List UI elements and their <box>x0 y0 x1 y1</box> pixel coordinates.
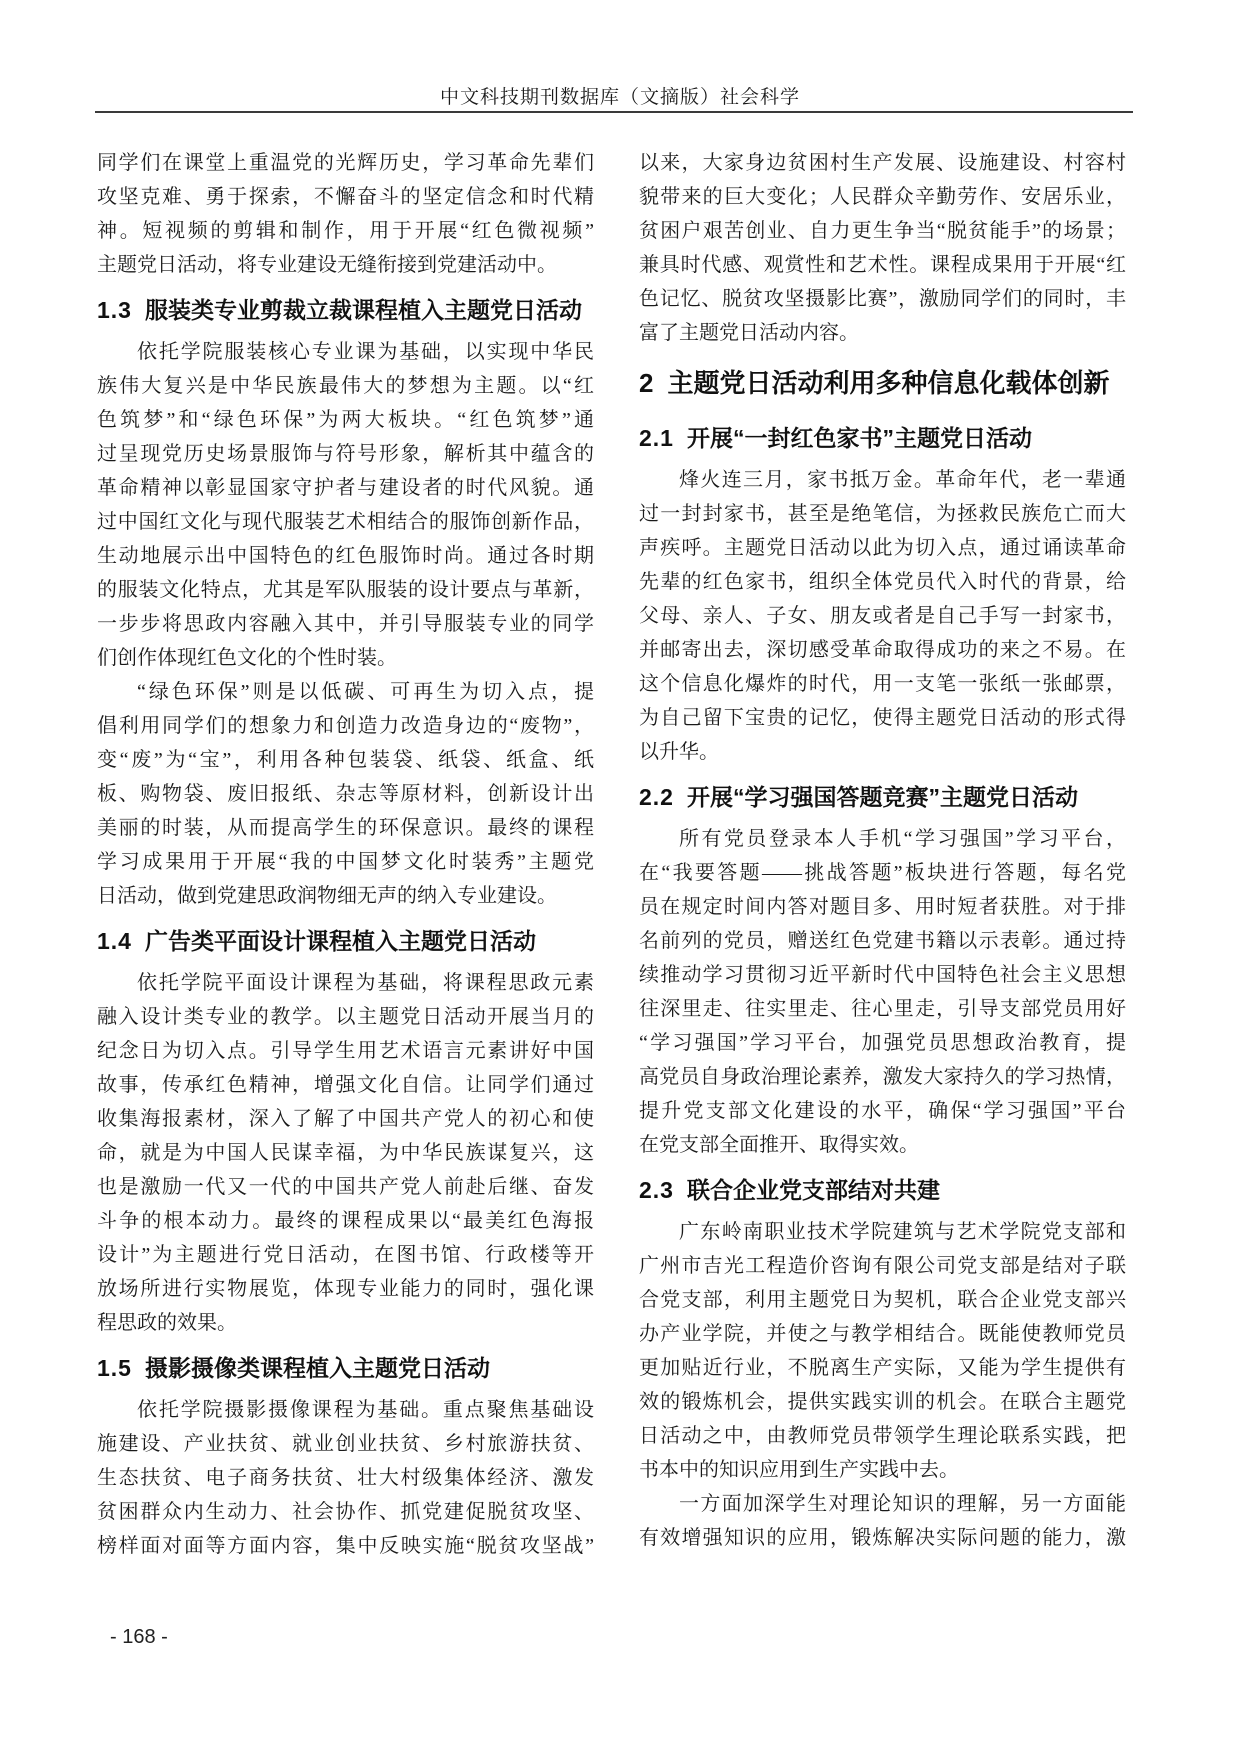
section-heading-1.3: 1.3服装类专业剪裁立裁课程植入主题党日活动 <box>97 287 594 333</box>
right-text-column: 以来，大家身边贫困村生产发展、设施建设、村容村貌带来的巨大变化；人民群众辛勤劳作… <box>639 146 1126 1563</box>
paragraph: “绿色环保”则是以低碳、可再生为切入点，提倡利用同学们的想象力和创造力改造身边的… <box>97 675 594 913</box>
heading-text: 摄影摄像类课程植入主题党日活动 <box>145 1355 490 1381</box>
text-line: 烽火连三月，家书抵万金。革命年代，老一辈通 <box>639 463 1126 497</box>
text-line: 一步步将思政内容融入其中，并引导服装专业的同学 <box>97 607 594 641</box>
text-line: 融入设计类专业的教学。以主题党日活动开展当月的 <box>97 1000 594 1034</box>
left-text-column: 同学们在课堂上重温党的光辉历史，学习革命先辈们攻坚克难、勇于探索，不懈奋斗的坚定… <box>97 146 594 1563</box>
text-line: 广东岭南职业技术学院建筑与艺术学院党支部和 <box>639 1215 1126 1249</box>
text-line: 生态扶贫、电子商务扶贫、壮大村级集体经济、激发 <box>97 1461 594 1495</box>
text-line: 更加贴近行业，不脱离生产实际，又能为学生提供有 <box>639 1351 1126 1385</box>
text-line: 纪念日为切入点。引导学生用艺术语言元素讲好中国 <box>97 1034 594 1068</box>
heading-text: 联合企业党支部结对共建 <box>687 1177 940 1203</box>
text-line: 以升华。 <box>639 735 1126 769</box>
text-line: 过呈现党历史场景服饰与符号形象，解析其中蕴含的 <box>97 437 594 471</box>
text-line: 斗争的根本动力。最终的课程成果以“最美红色海报 <box>97 1204 594 1238</box>
text-line: 学习成果用于开展“我的中国梦文化时装秀”主题党 <box>97 845 594 879</box>
heading-text: 主题党日活动利用多种信息化载体创新 <box>667 368 1109 398</box>
paragraph: 一方面加深学生对理论知识的理解，另一方面能有效增强知识的应用，锻炼解决实际问题的… <box>639 1487 1126 1555</box>
text-line: 依托学院摄影摄像课程为基础。重点聚焦基础设 <box>97 1393 594 1427</box>
text-line: 先辈的红色家书，组织全体党员代入时代的背景，给 <box>639 565 1126 599</box>
heading-text: 服装类专业剪裁立裁课程植入主题党日活动 <box>145 297 582 323</box>
text-line: 主题党日活动，将专业建设无缝衔接到党建活动中。 <box>97 248 594 282</box>
heading-number: 1.3 <box>97 297 132 323</box>
text-line: 合党支部，利用主题党日为契机，联合企业党支部兴 <box>639 1283 1126 1317</box>
text-line: “学习强国”学习平台，加强党员思想政治教育，提 <box>639 1026 1126 1060</box>
text-line: 所有党员登录本人手机“学习强国”学习平台， <box>639 822 1126 856</box>
text-line: 革命精神以彰显国家守护者与建设者的时代风貌。通 <box>97 471 594 505</box>
section-heading-2.1: 2.1开展“一封红色家书”主题党日活动 <box>639 415 1126 461</box>
text-line: 的服装文化特点，尤其是军队服装的设计要点与革新， <box>97 573 594 607</box>
content-columns: 同学们在课堂上重温党的光辉历史，学习革命先辈们攻坚克难、勇于探索，不懈奋斗的坚定… <box>97 146 1126 1563</box>
page-number: - 168 - <box>110 1626 168 1648</box>
text-line: 广州市吉光工程造价咨询有限公司党支部是结对子联 <box>639 1249 1126 1283</box>
paragraph: 烽火连三月，家书抵万金。革命年代，老一辈通过一封封家书，甚至是绝笔信，为拯救民族… <box>639 463 1126 769</box>
heading-number: 2.2 <box>639 784 674 810</box>
section-heading-1.5: 1.5摄影摄像类课程植入主题党日活动 <box>97 1345 594 1391</box>
heading-number: 2.3 <box>639 1177 674 1203</box>
text-line: 名前列的党员，赠送红色党建书籍以示表彰。通过持 <box>639 924 1126 958</box>
text-line: 故事，传承红色精神，增强文化自信。让同学们通过 <box>97 1068 594 1102</box>
text-line: 为自己留下宝贵的记忆，使得主题党日活动的形式得 <box>639 701 1126 735</box>
text-line: 声疾呼。主题党日活动以此为切入点，通过诵读革命 <box>639 531 1126 565</box>
text-line: 色筑梦”和“绿色环保”为两大板块。“红色筑梦”通 <box>97 403 594 437</box>
text-line: 并邮寄出去，深切感受革命取得成功的来之不易。在 <box>639 633 1126 667</box>
heading-number: 2 <box>639 368 654 398</box>
section-heading-1.4: 1.4广告类平面设计课程植入主题党日活动 <box>97 918 594 964</box>
text-line: 往深里走、往实里走、往心里走，引导支部党员用好 <box>639 992 1126 1026</box>
heading-text: 开展“学习强国答题竞赛”主题党日活动 <box>687 784 1078 810</box>
paragraph: 以来，大家身边贫困村生产发展、设施建设、村容村貌带来的巨大变化；人民群众辛勤劳作… <box>639 146 1126 350</box>
text-line: 依托学院平面设计课程为基础，将课程思政元素 <box>97 966 594 1000</box>
text-line: 书本中的知识应用到生产实践中去。 <box>639 1453 1126 1487</box>
text-line: 生动地展示出中国特色的红色服饰时尚。通过各时期 <box>97 539 594 573</box>
text-line: 神。短视频的剪辑和制作，用于开展“红色微视频” <box>97 214 594 248</box>
paragraph: 所有党员登录本人手机“学习强国”学习平台，在“我要答题——挑战答题”板块进行答题… <box>639 822 1126 1162</box>
text-line: 在党支部全面推开、取得实效。 <box>639 1128 1126 1162</box>
text-line: 这个信息化爆炸的时代，用一支笔一张纸一张邮票， <box>639 667 1126 701</box>
text-line: 以来，大家身边贫困村生产发展、设施建设、村容村 <box>639 146 1126 180</box>
text-line: 过中国红文化与现代服装艺术相结合的服饰创新作品， <box>97 505 594 539</box>
text-line: 父母、亲人、子女、朋友或者是自己手写一封家书， <box>639 599 1126 633</box>
text-line: 倡利用同学们的想象力和创造力改造身边的“废物”， <box>97 709 594 743</box>
header-divider-rule <box>95 111 1133 113</box>
text-line: 兼具时代感、观赏性和艺术性。课程成果用于开展“红 <box>639 248 1126 282</box>
text-line: 同学们在课堂上重温党的光辉历史，学习革命先辈们 <box>97 146 594 180</box>
text-line: 也是激励一代又一代的中国共产党人前赴后继、奋发 <box>97 1170 594 1204</box>
text-line: 富了主题党日活动内容。 <box>639 316 1126 350</box>
text-line: 日活动，做到党建思政润物细无声的纳入专业建设。 <box>97 879 594 913</box>
text-line: 在“我要答题——挑战答题”板块进行答题，每名党 <box>639 856 1126 890</box>
text-line: 过一封封家书，甚至是绝笔信，为拯救民族危亡而大 <box>639 497 1126 531</box>
text-line: 依托学院服装核心专业课为基础，以实现中华民 <box>97 335 594 369</box>
text-line: 命，就是为中国人民谋幸福，为中华民族谋复兴，这 <box>97 1136 594 1170</box>
text-line: 们创作体现红色文化的个性时装。 <box>97 641 594 675</box>
text-line: 榜样面对面等方面内容，集中反映实施“脱贫攻坚战” <box>97 1529 594 1563</box>
heading-number: 1.5 <box>97 1355 132 1381</box>
text-line: 日活动之中，由教师党员带领学生理论联系实践，把 <box>639 1419 1126 1453</box>
text-line: 变“废”为“宝”，利用各种包装袋、纸袋、纸盒、纸 <box>97 743 594 777</box>
section-heading-2.3: 2.3联合企业党支部结对共建 <box>639 1167 1126 1213</box>
heading-text: 开展“一封红色家书”主题党日活动 <box>687 425 1032 451</box>
text-line: 族伟大复兴是中华民族最伟大的梦想为主题。以“红 <box>97 369 594 403</box>
text-line: 有效增强知识的应用，锻炼解决实际问题的能力，激 <box>639 1521 1126 1555</box>
text-line: 攻坚克难、勇于探索，不懈奋斗的坚定信念和时代精 <box>97 180 594 214</box>
paragraph: 依托学院摄影摄像课程为基础。重点聚焦基础设施建设、产业扶贫、就业创业扶贫、乡村旅… <box>97 1393 594 1563</box>
text-line: 贫困户艰苦创业、自力更生争当“脱贫能手”的场景； <box>639 214 1126 248</box>
text-line: 设计”为主题进行党日活动，在图书馆、行政楼等开 <box>97 1238 594 1272</box>
paragraph: 依托学院平面设计课程为基础，将课程思政元素融入设计类专业的教学。以主题党日活动开… <box>97 966 594 1340</box>
text-line: 高党员自身政治理论素养，激发大家持久的学习热情， <box>639 1060 1126 1094</box>
journal-page: 中文科技期刊数据库（文摘版）社会科学 同学们在课堂上重温党的光辉历史，学习革命先… <box>0 0 1240 1753</box>
text-line: 员在规定时间内答对题目多、用时短者获胜。对于排 <box>639 890 1126 924</box>
text-line: 续推动学习贯彻习近平新时代中国特色社会主义思想 <box>639 958 1126 992</box>
page-footer: - 168 - <box>110 1626 168 1649</box>
text-line: 效的锻炼机会，提供实践实训的机会。在联合主题党 <box>639 1385 1126 1419</box>
section-heading-2: 2主题党日活动利用多种信息化载体创新 <box>639 356 1126 410</box>
text-line: 程思政的效果。 <box>97 1306 594 1340</box>
text-line: 提升党支部文化建设的水平，确保“学习强国”平台 <box>639 1094 1126 1128</box>
text-line: 色记忆、脱贫攻坚摄影比赛”，激励同学们的同时，丰 <box>639 282 1126 316</box>
text-line: 办产业学院，并使之与教学相结合。既能使教师党员 <box>639 1317 1126 1351</box>
text-line: 放场所进行实物展览，体现专业能力的同时，强化课 <box>97 1272 594 1306</box>
text-line: 收集海报素材，深入了解了中国共产党人的初心和使 <box>97 1102 594 1136</box>
heading-text: 广告类平面设计课程植入主题党日活动 <box>145 928 536 954</box>
text-line: 美丽的时装，从而提高学生的环保意识。最终的课程 <box>97 811 594 845</box>
text-line: 施建设、产业扶贫、就业创业扶贫、乡村旅游扶贫、 <box>97 1427 594 1461</box>
text-line: 板、购物袋、废旧报纸、杂志等原材料，创新设计出 <box>97 777 594 811</box>
paragraph: 依托学院服装核心专业课为基础，以实现中华民族伟大复兴是中华民族最伟大的梦想为主题… <box>97 335 594 675</box>
text-line: 贫困群众内生动力、社会协作、抓党建促脱贫攻坚、 <box>97 1495 594 1529</box>
text-line: “绿色环保”则是以低碳、可再生为切入点，提 <box>97 675 594 709</box>
text-line: 貌带来的巨大变化；人民群众辛勤劳作、安居乐业， <box>639 180 1126 214</box>
paragraph: 广东岭南职业技术学院建筑与艺术学院党支部和广州市吉光工程造价咨询有限公司党支部是… <box>639 1215 1126 1487</box>
text-line: 一方面加深学生对理论知识的理解，另一方面能 <box>639 1487 1126 1521</box>
journal-header-title: 中文科技期刊数据库（文摘版）社会科学 <box>0 82 1240 109</box>
heading-number: 2.1 <box>639 425 674 451</box>
section-heading-2.2: 2.2开展“学习强国答题竞赛”主题党日活动 <box>639 774 1126 820</box>
paragraph: 同学们在课堂上重温党的光辉历史，学习革命先辈们攻坚克难、勇于探索，不懈奋斗的坚定… <box>97 146 594 282</box>
heading-number: 1.4 <box>97 928 132 954</box>
